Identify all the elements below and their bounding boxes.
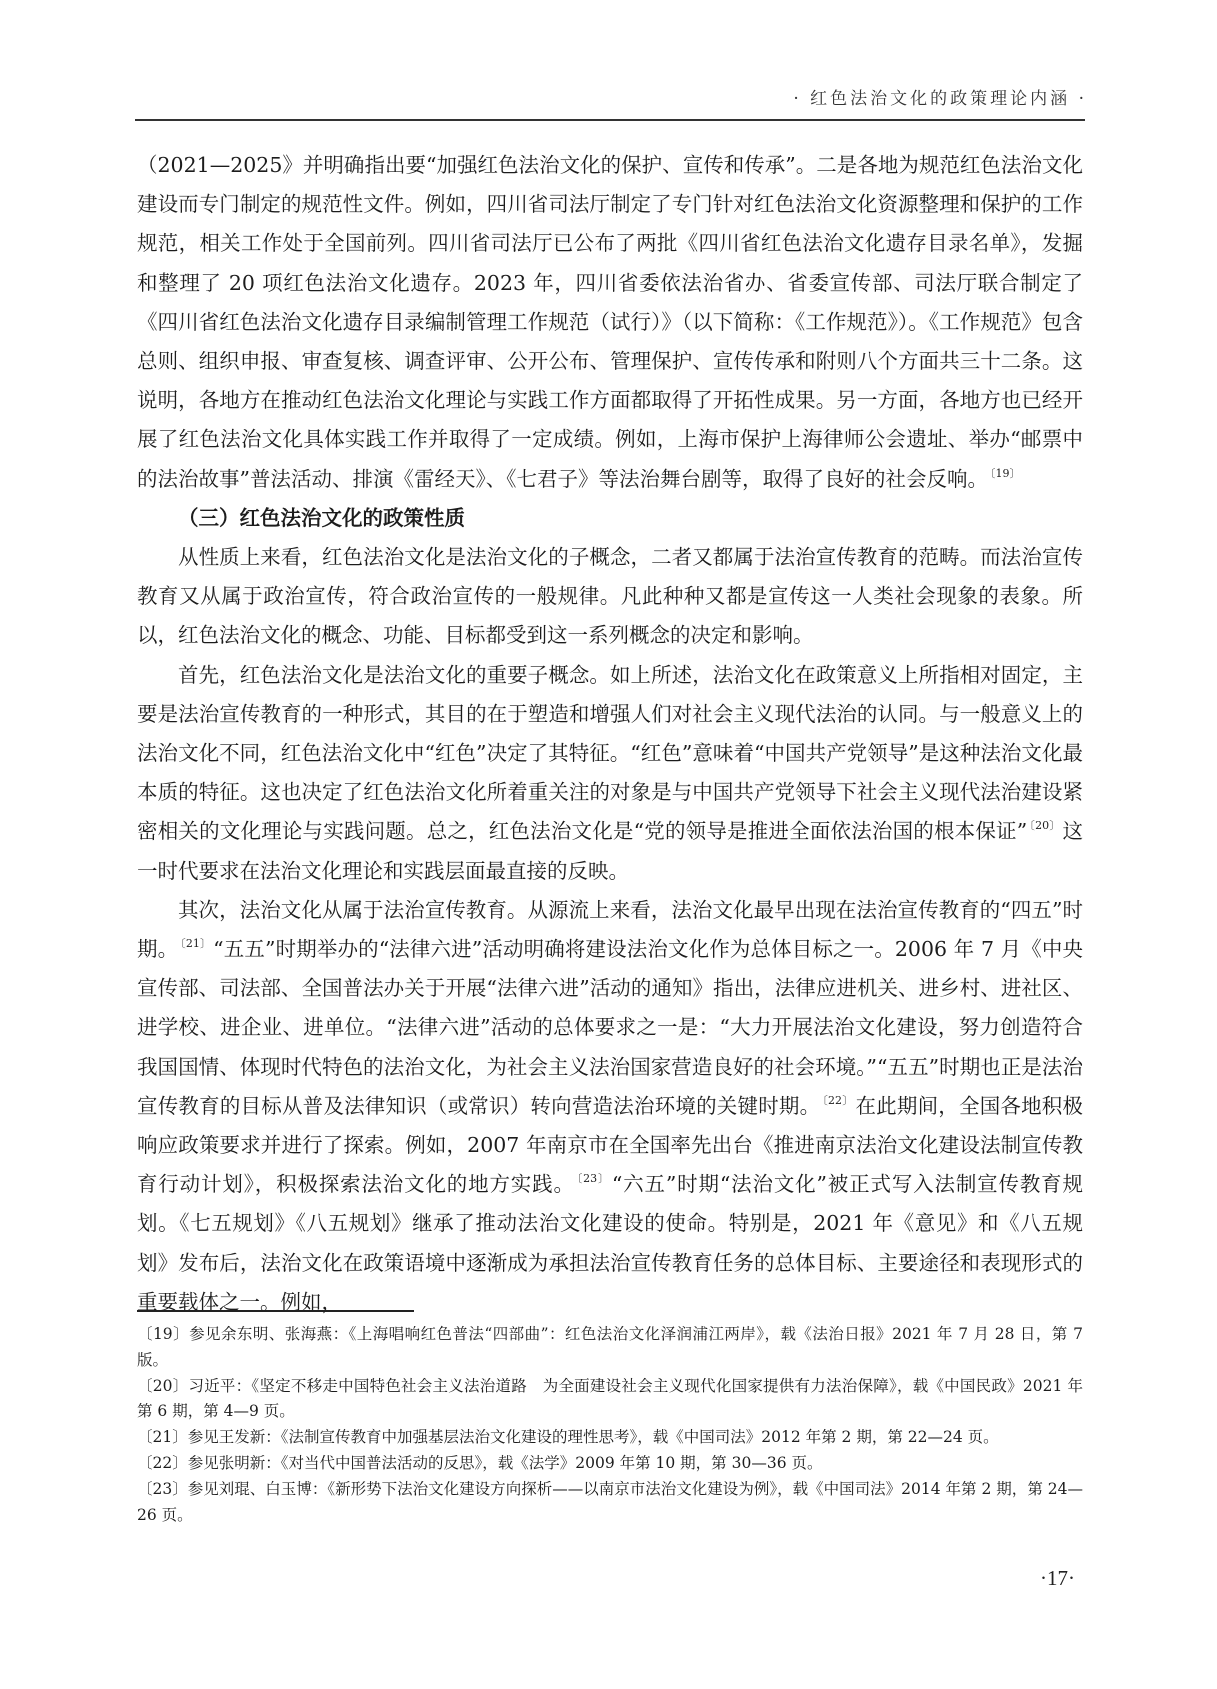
footnote-text: 参见余东明、张海燕：《上海唱响红色普法“四部曲”：红色法治文化泽润浦江两岸》，载…: [137, 1325, 1083, 1369]
footnote-marker: 〔20〕: [137, 1377, 188, 1395]
footnote-ref-21[interactable]: 〔21〕: [180, 937, 211, 950]
footnote-marker: 〔19〕: [137, 1325, 189, 1343]
body-text: （2021—2025》并明确指出要“加强红色法治文化的保护、宣传和传承”。二是各…: [137, 146, 1083, 1322]
footnote-ref-23[interactable]: 〔23〕: [577, 1172, 610, 1185]
footnote-ref-19[interactable]: 〔19〕: [990, 467, 1021, 480]
paragraph-text: 从性质上来看，红色法治文化是法治文化的子概念，二者又都属于法治宣传教育的范畴。而…: [137, 545, 1083, 647]
page-number: ·17·: [1040, 1566, 1075, 1591]
footnote-19: 〔19〕参见余东明、张海燕：《上海唱响红色普法“四部曲”：红色法治文化泽润浦江两…: [137, 1322, 1083, 1374]
paragraph-text: “五五”时期举办的“法律六进”活动明确将建设法治文化作为总体目标之一。2006 …: [137, 937, 1083, 1118]
footnote-marker: 〔22〕: [137, 1454, 188, 1472]
footnote-text: 习近平：《坚定不移走中国特色社会主义法治道路 为全面建设社会主义现代化国家提供有…: [137, 1377, 1083, 1421]
footnote-text: 参见王发新：《法制宣传教育中加强基层法治文化建设的理性思考》，载《中国司法》20…: [188, 1428, 999, 1446]
footnote-20: 〔20〕习近平：《坚定不移走中国特色社会主义法治道路 为全面建设社会主义现代化国…: [137, 1374, 1083, 1426]
footnote-ref-22[interactable]: 〔22〕: [822, 1094, 853, 1107]
footnote-21: 〔21〕参见王发新：《法制宣传教育中加强基层法治文化建设的理性思考》，载《中国司…: [137, 1425, 1083, 1451]
section-heading: （三）红色法治文化的政策性质: [137, 499, 1083, 538]
footnote-22: 〔22〕参见张明新：《对当代中国普法活动的反思》，载《法学》2009 年第 10…: [137, 1451, 1083, 1477]
paragraph-1: （2021—2025》并明确指出要“加强红色法治文化的保护、宣传和传承”。二是各…: [137, 146, 1083, 499]
footnote-ref-20[interactable]: 〔20〕: [1029, 819, 1060, 832]
paragraph-text: 首先，红色法治文化是法治文化的重要子概念。如上所述，法治文化在政策意义上所指相对…: [137, 663, 1083, 844]
footnotes: 〔19〕参见余东明、张海燕：《上海唱响红色普法“四部曲”：红色法治文化泽润浦江两…: [137, 1322, 1083, 1528]
footnote-text: 参见张明新：《对当代中国普法活动的反思》，载《法学》2009 年第 10 期，第…: [188, 1454, 823, 1472]
paragraph-3: 首先，红色法治文化是法治文化的重要子概念。如上所述，法治文化在政策意义上所指相对…: [137, 656, 1083, 891]
footnote-marker: 〔23〕: [137, 1480, 188, 1498]
footnote-text: 参见刘琨、白玉博：《新形势下法治文化建设方向探析——以南京市法治文化建设为例》，…: [137, 1480, 1083, 1524]
paragraph-2: 从性质上来看，红色法治文化是法治文化的子概念，二者又都属于法治宣传教育的范畴。而…: [137, 538, 1083, 656]
header-rule: [135, 119, 1085, 121]
document-page: · 红色法治文化的政策理论内涵 · （2021—2025》并明确指出要“加强红色…: [0, 0, 1217, 1689]
footnote-rule: [137, 1310, 414, 1312]
footnote-23: 〔23〕参见刘琨、白玉博：《新形势下法治文化建设方向探析——以南京市法治文化建设…: [137, 1477, 1083, 1529]
paragraph-text: （2021—2025》并明确指出要“加强红色法治文化的保护、宣传和传承”。二是各…: [137, 153, 1083, 491]
footnote-marker: 〔21〕: [137, 1428, 188, 1446]
running-header-title: · 红色法治文化的政策理论内涵 ·: [793, 84, 1087, 109]
paragraph-4: 其次，法治文化从属于法治宣传教育。从源流上来看，法治文化最早出现在法治宣传教育的…: [137, 891, 1083, 1322]
